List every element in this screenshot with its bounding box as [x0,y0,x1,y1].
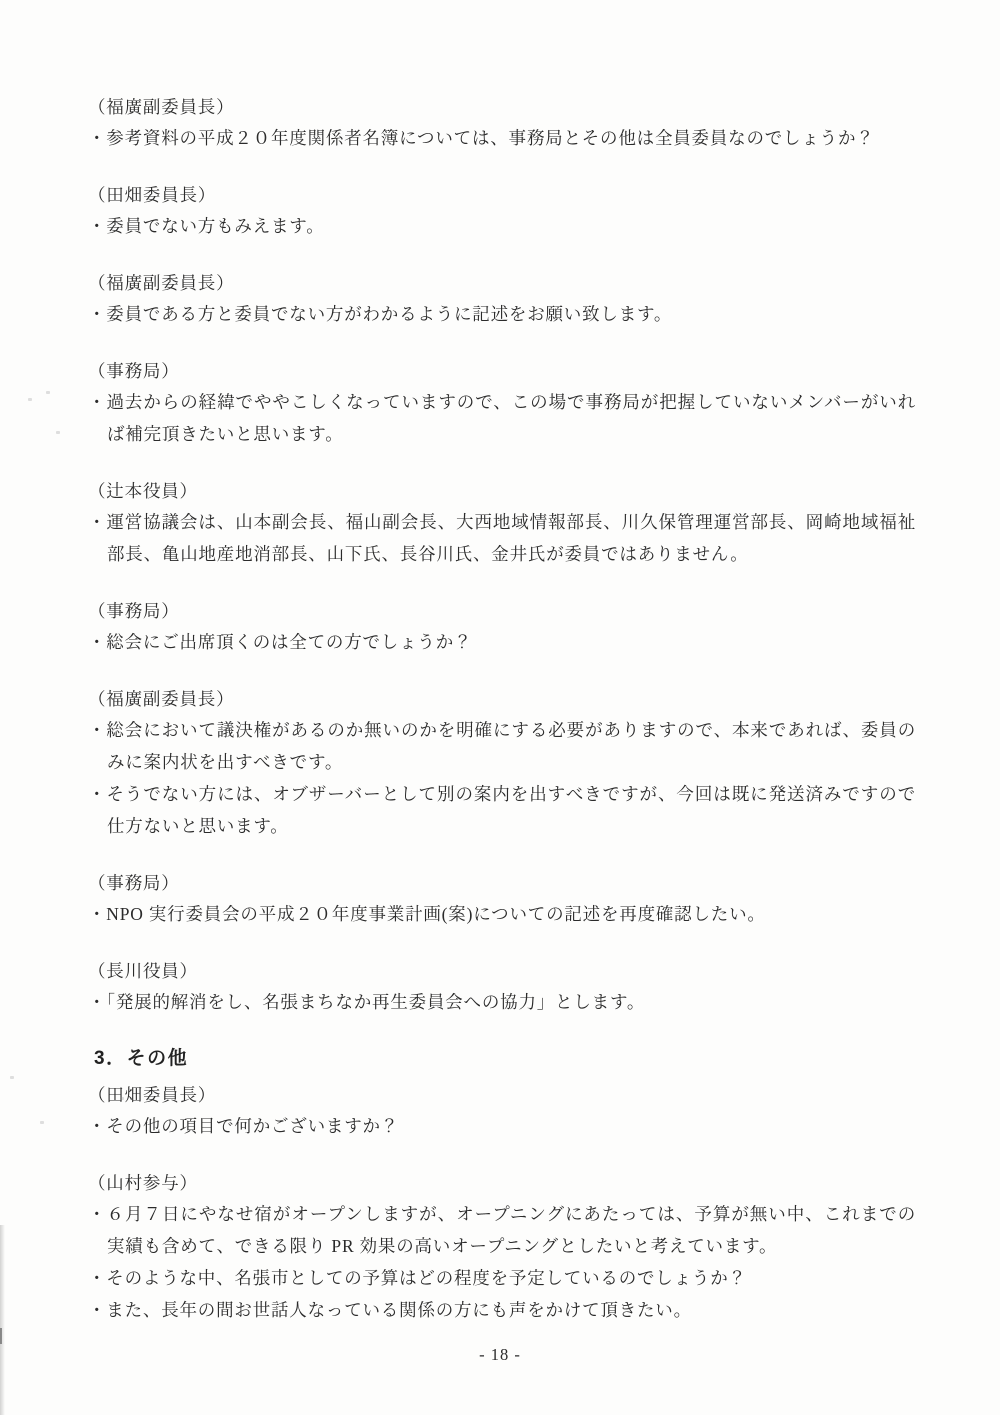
minutes-section: （事務局）・過去からの経緯でややこしくなっていますので、この場で事務局が把握して… [88,356,916,450]
speaker-label: （辻本役員） [88,476,916,506]
scan-speck [46,391,50,394]
statement-bullet: ・委員でない方もみえます。 [88,210,916,242]
scan-edge-shadow [0,1225,5,1415]
minutes-section: （事務局）・NPO 実行委員会の平成２０年度事業計画(案)についての記述を再度確… [88,868,916,930]
speaker-label: （福廣副委員長） [88,684,916,714]
speaker-label: （田畑委員長） [88,1080,916,1110]
statement-bullet: ・委員である方と委員でない方がわかるように記述をお願い致します。 [88,298,916,330]
page-footer: - 18 - [0,1344,1000,1366]
speaker-label: （福廣副委員長） [88,92,916,122]
minutes-section: （福廣副委員長）・委員である方と委員でない方がわかるように記述をお願い致します。 [88,268,916,330]
document-body: （福廣副委員長）・参考資料の平成２０年度関係者名簿については、事務局とその他は全… [88,92,916,1352]
document-page: （福廣副委員長）・参考資料の平成２０年度関係者名簿については、事務局とその他は全… [0,0,1000,1415]
statement-bullet: ・「発展的解消をし、名張まちなか再生委員会への協力」とします。 [88,986,916,1018]
minutes-section: （福廣副委員長）・参考資料の平成２０年度関係者名簿については、事務局とその他は全… [88,92,916,154]
scan-speck [10,1076,14,1079]
speaker-label: （事務局） [88,356,916,386]
statement-bullet: ・運営協議会は、山本副会長、福山副会長、大西地域情報部長、川久保管理運営部長、岡… [88,506,916,570]
minutes-section: （事務局）・総会にご出席頂くのは全ての方でしょうか？ [88,596,916,658]
statement-bullet: ・６月７日にやなせ宿がオープンしますが、オープニングにあたっては、予算が無い中、… [88,1198,916,1262]
statement-bullet: ・そのような中、名張市としての予算はどの程度を予定しているのでしょうか？ [88,1262,916,1294]
minutes-section: （福廣副委員長）・総会において議決権があるのか無いのかを明確にする必要があります… [88,684,916,842]
statement-bullet: ・NPO 実行委員会の平成２０年度事業計画(案)についての記述を再度確認したい。 [88,898,916,930]
speaker-label: （田畑委員長） [88,180,916,210]
section-heading: 3．その他 [94,1044,916,1074]
speaker-label: （長川役員） [88,956,916,986]
statement-bullet: ・総会において議決権があるのか無いのかを明確にする必要がありますので、本来であれ… [88,714,916,778]
scan-speck [28,398,32,401]
speaker-label: （事務局） [88,596,916,626]
statement-bullet: ・また、長年の間お世話人なっている関係の方にも声をかけて頂きたい。 [88,1294,916,1326]
statement-bullet: ・過去からの経緯でややこしくなっていますので、この場で事務局が把握していないメン… [88,386,916,450]
minutes-section: （山村参与）・６月７日にやなせ宿がオープンしますが、オープニングにあたっては、予… [88,1168,916,1326]
scan-speck [120,1097,124,1100]
minutes-section: （田畑委員長）・その他の項目で何かございますか？ [88,1080,916,1142]
statement-bullet: ・そうでない方には、オブザーバーとして別の案内を出すべきですが、今回は既に発送済… [88,778,916,842]
statement-bullet: ・総会にご出席頂くのは全ての方でしょうか？ [88,626,916,658]
scan-speck [56,431,60,434]
minutes-section: （田畑委員長）・委員でない方もみえます。 [88,180,916,242]
speaker-label: （事務局） [88,868,916,898]
minutes-section: （長川役員）・「発展的解消をし、名張まちなか再生委員会への協力」とします。 [88,956,916,1018]
minutes-section: （辻本役員）・運営協議会は、山本副会長、福山副会長、大西地域情報部長、川久保管理… [88,476,916,570]
scan-edge-notch [0,1328,2,1344]
scan-speck [40,1121,44,1124]
statement-bullet: ・その他の項目で何かございますか？ [88,1110,916,1142]
statement-bullet: ・参考資料の平成２０年度関係者名簿については、事務局とその他は全員委員なのでしょ… [88,122,916,154]
speaker-label: （山村参与） [88,1168,916,1198]
speaker-label: （福廣副委員長） [88,268,916,298]
